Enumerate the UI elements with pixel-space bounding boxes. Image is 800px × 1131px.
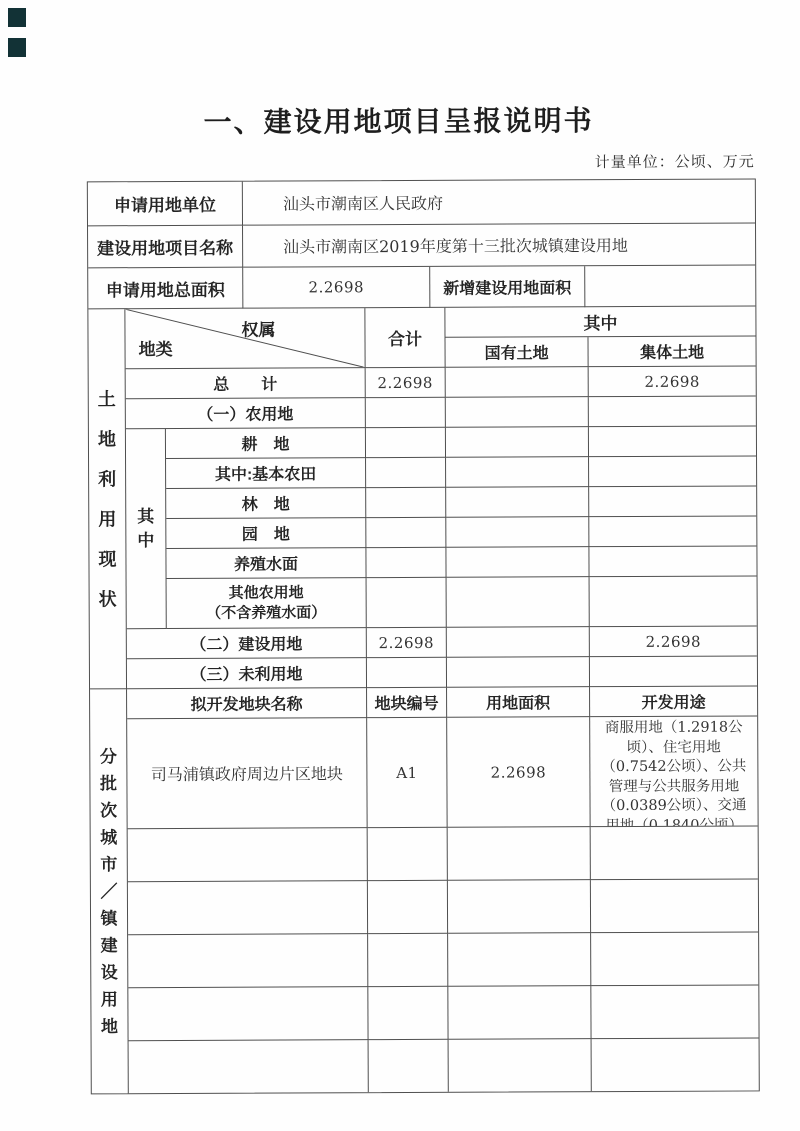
unused-collective bbox=[590, 656, 757, 687]
construction-collective: 2.2698 bbox=[590, 626, 757, 657]
forest-total bbox=[366, 488, 446, 518]
submission-form-table: 申请用地单位 汕头市潮南区人民政府 建设用地项目名称 汕头市潮南区2019年度第… bbox=[87, 178, 760, 1094]
plot-area-value bbox=[448, 986, 591, 1040]
batch-empty-row bbox=[128, 879, 758, 935]
aquaculture-collective bbox=[589, 546, 756, 577]
diagonal-header-cell: 权属 地类 bbox=[125, 308, 365, 369]
land-row-aquaculture: 养殖水面 bbox=[166, 546, 756, 579]
land-use-section-label: 土地利用现状 bbox=[97, 379, 118, 619]
new-construction-area-value bbox=[585, 265, 755, 307]
state-owned-column-header: 国有土地 bbox=[446, 337, 589, 368]
land-row-other-agricultural: 其他农用地 （不含养殖水面） bbox=[167, 576, 757, 629]
land-row-cultivated: 耕 地 bbox=[166, 426, 756, 459]
batch-empty-row bbox=[129, 1038, 759, 1093]
garden-state bbox=[446, 517, 589, 548]
construction-total: 2.2698 bbox=[367, 628, 447, 658]
cultivated-label: 耕 地 bbox=[166, 428, 366, 459]
total-column-header: 合计 bbox=[365, 308, 445, 368]
land-row-garden: 园 地 bbox=[166, 516, 756, 549]
grand-total-state bbox=[446, 367, 589, 398]
garden-collective bbox=[589, 516, 756, 547]
land-row-agricultural: （一）农用地 bbox=[126, 396, 756, 429]
grand-total-collective: 2.2698 bbox=[589, 366, 756, 397]
land-row-basic-farmland: 其中:基本农田 bbox=[166, 456, 756, 489]
collective-column-header: 集体土地 bbox=[588, 336, 755, 367]
land-row-construction: （二）建设用地 2.2698 2.2698 bbox=[127, 626, 757, 659]
plot-code-value: A1 bbox=[367, 718, 447, 828]
total-area-value: 2.2698 bbox=[243, 267, 430, 309]
diagonal-landtype-label: 地类 bbox=[138, 335, 172, 360]
plot-code-value bbox=[368, 881, 448, 934]
plot-code-value bbox=[369, 1040, 449, 1092]
aquaculture-total bbox=[366, 548, 446, 578]
plot-code-value bbox=[368, 828, 448, 881]
subgroup-label-cell: 其中 bbox=[126, 429, 167, 629]
garden-total bbox=[366, 518, 446, 548]
table-row: 申请用地单位 汕头市潮南区人民政府 bbox=[88, 179, 755, 226]
agricultural-label: （一）农用地 bbox=[126, 398, 366, 429]
batch-section: 分批次城市／镇建设用地 拟开发地块名称 地块编号 用地面积 开发用途 司马浦镇政… bbox=[90, 686, 759, 1093]
plot-name-value bbox=[128, 934, 368, 988]
batch-section-label-cell: 分批次城市／镇建设用地 bbox=[90, 689, 129, 1093]
plot-area-value bbox=[448, 827, 591, 881]
plot-name-value bbox=[128, 987, 368, 1041]
grand-total-label: 总 计 bbox=[126, 368, 366, 399]
total-area-label: 申请用地总面积 bbox=[88, 268, 243, 310]
batch-empty-row bbox=[128, 826, 758, 882]
batch-empty-row bbox=[128, 932, 758, 988]
other-agricultural-label: 其他农用地 （不含养殖水面） bbox=[206, 583, 326, 624]
plot-usage-value bbox=[591, 932, 758, 986]
land-row-grand-total: 总 计 2.2698 2.2698 bbox=[126, 366, 756, 399]
plot-name-value: 司马浦镇政府周边片区地块 bbox=[127, 718, 367, 829]
plot-code-value bbox=[368, 934, 448, 987]
land-use-section: 土地利用现状 权属 地类 合计 其中 国 bbox=[88, 306, 757, 689]
plot-usage-value bbox=[591, 879, 758, 933]
project-name-value: 汕头市潮南区2019年度第十三批次城镇建设用地 bbox=[243, 223, 755, 267]
plot-name-value bbox=[128, 828, 368, 882]
plot-usage-value bbox=[591, 826, 758, 880]
grand-total-total: 2.2698 bbox=[366, 368, 446, 398]
batch-section-label: 分批次城市／镇建设用地 bbox=[99, 743, 118, 1040]
plot-area-value bbox=[449, 1039, 592, 1092]
other-agricultural-label-cell: 其他农用地 （不含养殖水面） bbox=[167, 578, 367, 629]
forest-label: 林 地 bbox=[166, 488, 366, 519]
plot-name-header: 拟开发地块名称 bbox=[127, 688, 367, 719]
plot-name-value bbox=[128, 881, 368, 935]
forest-state bbox=[446, 487, 589, 518]
cultivated-collective bbox=[589, 426, 756, 457]
among-column-header: 其中 bbox=[445, 306, 755, 337]
construction-state bbox=[447, 627, 590, 658]
unused-label: （三）未利用地 bbox=[127, 658, 367, 689]
batch-data-row: 司马浦镇政府周边片区地块 A1 2.2698 商服用地（1.2918公顷）、住宅… bbox=[127, 716, 757, 829]
cultivated-state bbox=[446, 427, 589, 458]
plot-name-value bbox=[129, 1040, 369, 1093]
applicant-unit-label: 申请用地单位 bbox=[88, 182, 243, 227]
land-subgroup: 其中 耕 地 其中:基本农田 bbox=[126, 426, 757, 629]
plot-code-header: 地块编号 bbox=[367, 688, 447, 718]
scanned-document-page: 一、建设用地项目呈报说明书 计量单位：公顷、万元 申请用地单位 汕头市潮南区人民… bbox=[0, 0, 800, 1131]
basic-farmland-collective bbox=[589, 456, 756, 487]
unused-total bbox=[367, 658, 447, 688]
plot-area-value bbox=[448, 880, 591, 934]
batch-empty-row bbox=[128, 985, 758, 1041]
page-title: 一、建设用地项目呈报说明书 bbox=[0, 98, 799, 141]
diagonal-ownership-label: 权属 bbox=[241, 316, 275, 341]
basic-farmland-label: 其中:基本农田 bbox=[166, 458, 366, 489]
other-agricultural-collective bbox=[590, 576, 757, 627]
plot-usage-value bbox=[592, 1038, 759, 1091]
table-row: 建设用地项目名称 汕头市潮南区2019年度第十三批次城镇建设用地 bbox=[88, 223, 755, 268]
basic-farmland-total bbox=[366, 458, 446, 488]
cultivated-total bbox=[366, 428, 446, 458]
land-use-header-row: 权属 地类 合计 其中 国有土地 集体土地 bbox=[125, 306, 755, 369]
unused-state bbox=[447, 657, 590, 688]
applicant-unit-value: 汕头市潮南区人民政府 bbox=[243, 179, 755, 225]
batch-header-row: 拟开发地块名称 地块编号 用地面积 开发用途 bbox=[127, 686, 757, 719]
plot-usage-header: 开发用途 bbox=[590, 686, 757, 717]
measurement-unit-note: 计量单位：公顷、万元 bbox=[595, 150, 755, 172]
basic-farmland-state bbox=[446, 457, 589, 488]
agricultural-total bbox=[366, 398, 446, 428]
plot-usage-value bbox=[591, 985, 758, 1039]
plot-usage-cell: 商服用地（1.2918公顷）、住宅用地（0.7542公顷）、公共管理与公共服务用… bbox=[590, 716, 757, 827]
aquaculture-state bbox=[446, 547, 589, 578]
plot-area-value: 2.2698 bbox=[447, 717, 590, 828]
land-use-section-label-cell: 土地利用现状 bbox=[88, 309, 127, 689]
forest-collective bbox=[589, 486, 756, 517]
plot-area-header: 用地面积 bbox=[447, 687, 590, 718]
garden-label: 园 地 bbox=[166, 518, 366, 549]
other-agricultural-total bbox=[367, 578, 447, 628]
land-row-unused: （三）未利用地 bbox=[127, 656, 757, 689]
other-agricultural-state bbox=[447, 577, 590, 628]
agricultural-state bbox=[446, 397, 589, 428]
new-construction-area-label: 新增建设用地面积 bbox=[430, 266, 585, 308]
plot-code-value bbox=[368, 987, 448, 1040]
construction-label: （二）建设用地 bbox=[127, 628, 367, 659]
plot-area-value bbox=[448, 933, 591, 987]
table-row: 申请用地总面积 2.2698 新增建设用地面积 bbox=[88, 265, 755, 309]
plot-usage-value: 商服用地（1.2918公顷）、住宅用地（0.7542公顷）、公共管理与公共服务用… bbox=[590, 716, 757, 827]
aquaculture-label: 养殖水面 bbox=[166, 548, 366, 579]
subgroup-label: 其中 bbox=[137, 505, 155, 553]
agricultural-collective bbox=[589, 396, 756, 427]
land-row-forest: 林 地 bbox=[166, 486, 756, 519]
project-name-label: 建设用地项目名称 bbox=[88, 226, 243, 269]
